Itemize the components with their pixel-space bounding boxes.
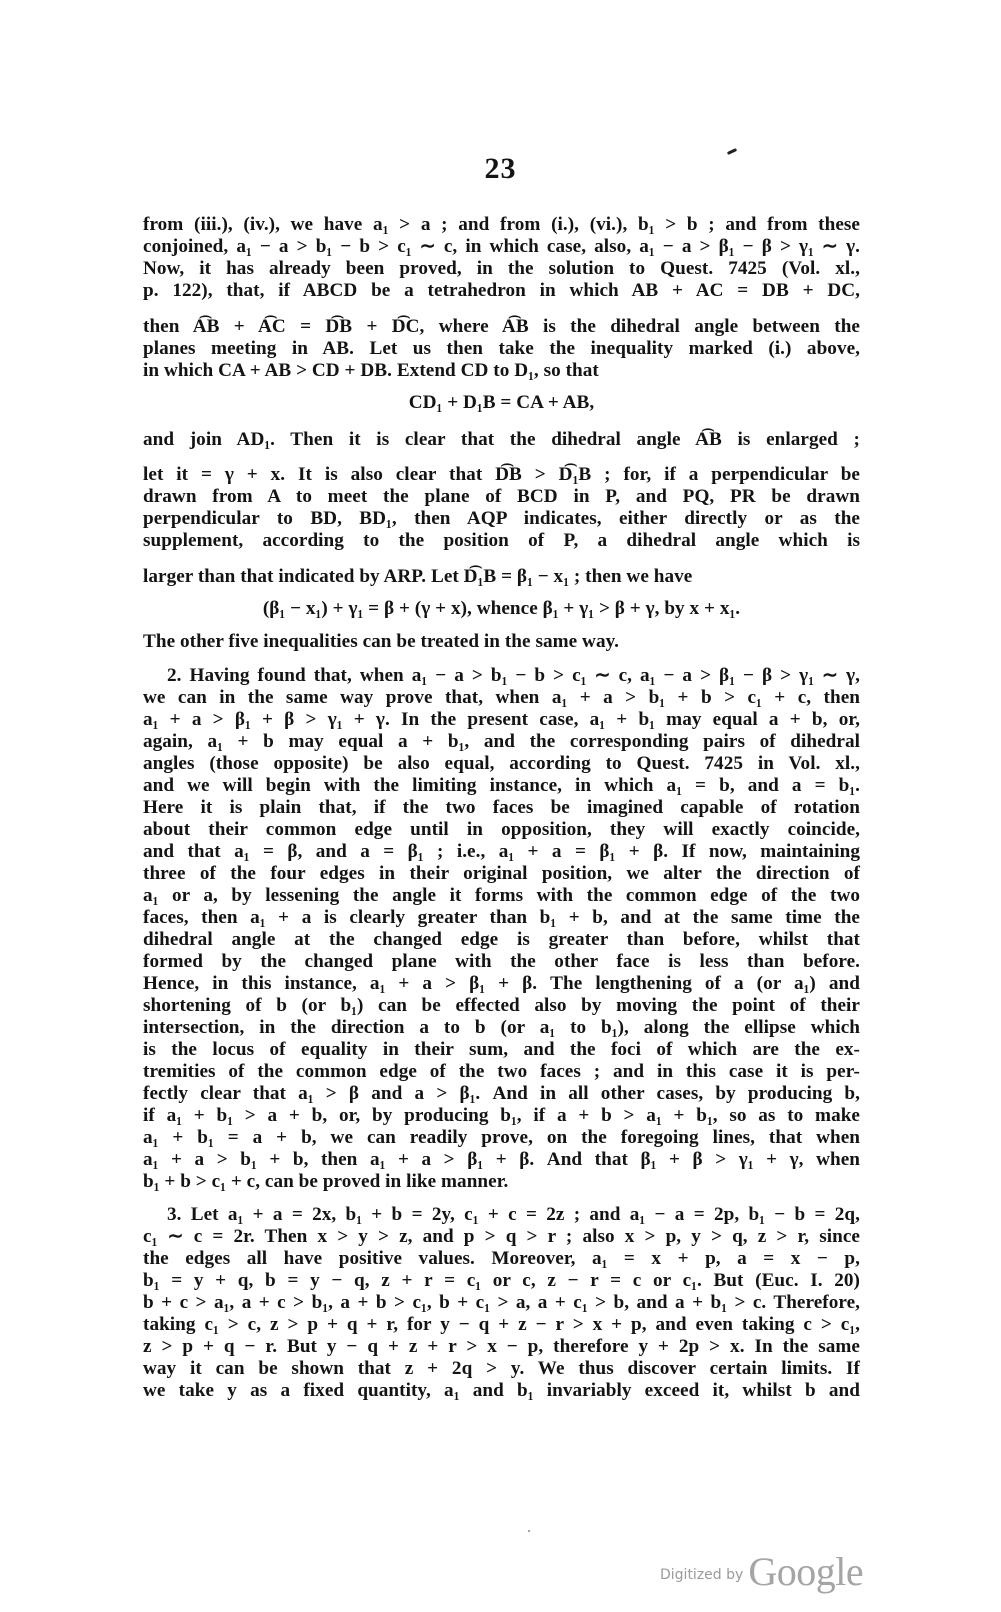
text-line: we can in the same way prove that, when … <box>143 687 860 709</box>
text-line: intersection, in the direction a to b (o… <box>143 1017 860 1039</box>
text-line: The other five inequalities can be treat… <box>143 631 860 653</box>
text-line: about their common edge until in opposit… <box>143 819 860 841</box>
digitized-label: Digitized by <box>660 1567 743 1583</box>
text-line: p. 122), that, if ABCD be a tetrahedron … <box>143 280 860 302</box>
text-line: (β₁ − x₁) + γ₁ = β + (γ + x), whence β₁ … <box>143 598 860 620</box>
text-line: if a₁ + b₁ > a + b, or, by producing b₁,… <box>143 1105 860 1127</box>
text-line: is the locus of equality in their sum, a… <box>143 1039 860 1061</box>
text-line: tremities of the common edge of the two … <box>143 1061 860 1083</box>
text-line: b₁ + b > c₁ + c, can be proved in like m… <box>143 1171 860 1193</box>
text-line: a₁ + b₁ = a + b, we can readily prove, o… <box>143 1127 860 1149</box>
text-line: CD₁ + D₁B = CA + AB, <box>143 392 860 414</box>
text-line: a₁ + a > β₁ + β > γ₁ + γ. In the present… <box>143 709 860 731</box>
text-line: larger than that indicated by ARP. Let D… <box>143 566 860 588</box>
text-line: we take y as a fixed quantity, a₁ and b₁… <box>143 1380 860 1402</box>
text-line: faces, then a₁ + a is clearly greater th… <box>143 907 860 929</box>
text-line: 2. Having found that, when a₁ − a > b₁ −… <box>143 665 860 687</box>
text-line: formed by the changed plane with the oth… <box>143 951 860 973</box>
text-line: a₁ + a > b₁ + b, then a₁ + a > β₁ + β. A… <box>143 1149 860 1171</box>
text-line: drawn from A to meet the plane of BCD in… <box>143 486 860 508</box>
text-line: conjoined, a₁ − a > b₁ − b > c₁ ∼ c, in … <box>143 236 860 258</box>
text-line: b₁ = y + q, b = y − q, z + r = c₁ or c, … <box>143 1270 860 1292</box>
text-line: from (iii.), (iv.), we have a₁ > a ; and… <box>143 214 860 236</box>
text-line: c₁ ∼ c = 2r. Then x > y > z, and p > q >… <box>143 1226 860 1248</box>
stray-dot <box>528 1530 530 1532</box>
google-logo-text: Google <box>748 1549 863 1594</box>
book-page: 23 from (iii.), (iv.), we have a₁ > a ; … <box>0 0 1001 1612</box>
text-line: let it = γ + x. It is also clear that D͡… <box>143 464 860 486</box>
text-line: angles (those opposite) be also equal, a… <box>143 753 860 775</box>
text-line: way it can be shown that z + 2q > y. We … <box>143 1358 860 1380</box>
text-line: perpendicular to BD, BD₁, then AQP indic… <box>143 508 860 530</box>
text-line: Hence, in this instance, a₁ + a > β₁ + β… <box>143 973 860 995</box>
text-line: planes meeting in AB. Let us then take t… <box>143 338 860 360</box>
text-line: and that a₁ = β, and a = β₁ ; i.e., a₁ +… <box>143 841 860 863</box>
digitized-by-google-watermark: Digitized by Google <box>660 1548 863 1595</box>
text-line: Here it is plain that, if the two faces … <box>143 797 860 819</box>
text-line: again, a₁ + b may equal a + b₁, and the … <box>143 731 860 753</box>
page-number: 23 <box>0 152 1001 186</box>
text-line: taking c₁ > c, z > p + q + r, for y − q … <box>143 1314 860 1336</box>
text-line: z > p + q − r. But y − q + z + r > x − p… <box>143 1336 860 1358</box>
text-line: b + c > a₁, a + c > b₁, a + b > c₁, b + … <box>143 1292 860 1314</box>
text-line: and we will begin with the limiting inst… <box>143 775 860 797</box>
text-line: Now, it has already been proved, in the … <box>143 258 860 280</box>
text-line: and join AD₁. Then it is clear that the … <box>143 429 860 451</box>
text-line: three of the four edges in their origina… <box>143 863 860 885</box>
text-line: a₁ or a, by lessening the angle it forms… <box>143 885 860 907</box>
text-line: shortening of b (or b₁) can be effected … <box>143 995 860 1017</box>
text-line: then A͡B + A͡C = D͡B + D͡C, where A͡B is… <box>143 316 860 338</box>
text-line: the edges all have positive values. More… <box>143 1248 860 1270</box>
text-line: fectly clear that a₁ > β and a > β₁. And… <box>143 1083 860 1105</box>
text-line: dihedral angle at the changed edge is gr… <box>143 929 860 951</box>
text-line: 3. Let a₁ + a = 2x, b₁ + b = 2y, c₁ + c … <box>143 1204 860 1226</box>
text-line: supplement, according to the position of… <box>143 530 860 552</box>
text-line: in which CA + AB > CD + DB. Extend CD to… <box>143 360 860 382</box>
